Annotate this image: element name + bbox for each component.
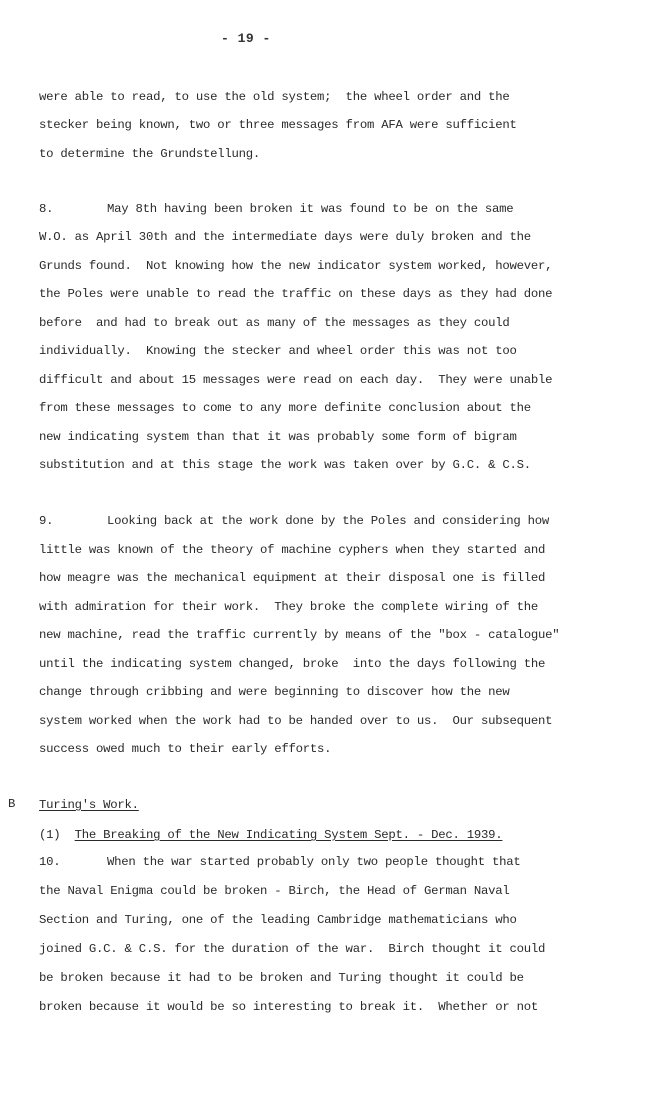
text-line: broken because it would be so interestin…	[39, 999, 538, 1015]
text-line: before and had to break out as many of t…	[39, 315, 510, 331]
text-line: difficult and about 15 messages were rea…	[39, 372, 552, 388]
text-line: Section and Turing, one of the leading C…	[39, 912, 517, 928]
paragraph-number: 10.	[39, 854, 107, 870]
text-line: (1) The Breaking of the New Indicating S…	[39, 827, 502, 843]
text-line: were able to read, to use the old system…	[39, 89, 510, 105]
text-line: new machine, read the traffic currently …	[39, 627, 559, 643]
text-line: the Naval Enigma could be broken - Birch…	[39, 883, 510, 899]
text-line: system worked when the work had to be ha…	[39, 713, 552, 729]
paragraph-number: 9.	[39, 513, 107, 529]
text-line: new indicating system than that it was p…	[39, 429, 517, 445]
text-line: Grunds found. Not knowing how the new in…	[39, 258, 552, 274]
text-line: joined G.C. & C.S. for the duration of t…	[39, 941, 545, 957]
text-line: change through cribbing and were beginni…	[39, 684, 510, 700]
text-line: W.O. as April 30th and the intermediate …	[39, 229, 531, 245]
subsection-title: The Breaking of the New Indicating Syste…	[75, 828, 503, 842]
text-line: until the indicating system changed, bro…	[39, 656, 545, 672]
text-line: with admiration for their work. They bro…	[39, 599, 538, 615]
text-line: to determine the Grundstellung.	[39, 146, 260, 162]
subsection-number: (1)	[39, 828, 60, 842]
text-line: substitution and at this stage the work …	[39, 457, 531, 473]
paragraph-number: 8.	[39, 201, 107, 217]
text-line: 8.May 8th having been broken it was foun…	[39, 201, 513, 217]
text-line: little was known of the theory of machin…	[39, 542, 545, 558]
section-letter: B	[8, 797, 15, 811]
text-line: stecker being known, two or three messag…	[39, 117, 517, 133]
page-number: - 19 -	[221, 31, 271, 46]
text-line: the Poles were unable to read the traffi…	[39, 286, 552, 302]
text-line: 9.Looking back at the work done by the P…	[39, 513, 549, 529]
text-line: be broken because it had to be broken an…	[39, 970, 524, 986]
text-line: individually. Knowing the stecker and wh…	[39, 343, 517, 359]
text-line: 10.When the war started probably only tw…	[39, 854, 521, 870]
text-line: success owed much to their early efforts…	[39, 741, 331, 757]
text-line: from these messages to come to any more …	[39, 400, 531, 416]
section-title: Turing's Work.	[39, 797, 139, 813]
text-line: how meagre was the mechanical equipment …	[39, 570, 545, 586]
